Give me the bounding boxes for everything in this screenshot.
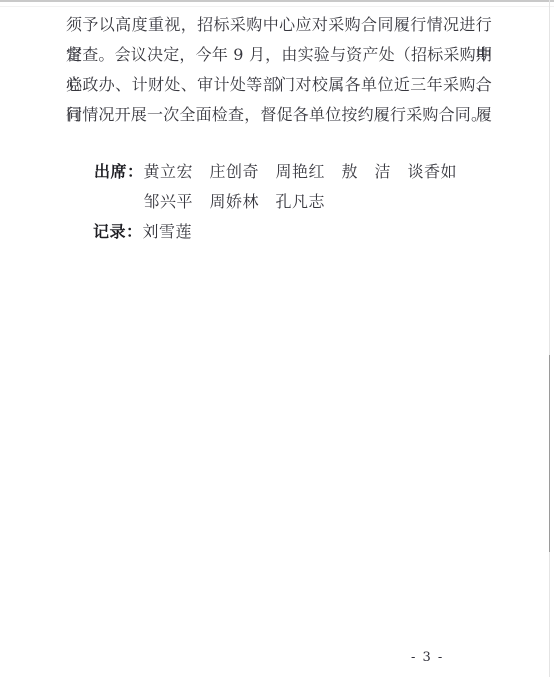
recorder-name: 刘雪莲	[143, 217, 492, 247]
paragraph-line-4: 行情况开展一次全面检查，督促各单位按约履行采购合同。	[66, 100, 492, 130]
recorder-names: 刘雪莲	[143, 217, 492, 247]
body-paragraph: 须予以高度重视，招标采购中心应对采购合同履行情况进行定期 督查。会议决定，今年 …	[66, 10, 492, 130]
scan-edge-right	[549, 0, 550, 677]
paragraph-line-3: 党政办、计财处、审计处等部门对校属各单位近三年采购合同履	[66, 70, 492, 100]
attendance-names-row-1: 黄立宏 庄创奇 周艳红 敖 洁 谈香如	[144, 157, 492, 187]
attendance-block: 出席： 黄立宏 庄创奇 周艳红 敖 洁 谈香如 邹兴平 周娇林 孔凡志	[94, 157, 492, 217]
paragraph-line-2: 督查。会议决定，今年 9 月，由实验与资产处（招标采购中心）、	[66, 40, 492, 70]
paragraph-line-1: 须予以高度重视，招标采购中心应对采购合同履行情况进行定期	[66, 10, 492, 40]
page-number: - 3 -	[411, 650, 444, 665]
document-content: 须予以高度重视，招标采购中心应对采购合同履行情况进行定期 督查。会议决定，今年 …	[66, 10, 492, 247]
scan-edge-top-faint	[0, 6, 554, 7]
recorder-block: 记录： 刘雪莲	[93, 217, 492, 247]
recorder-label: 记录：	[93, 217, 143, 247]
attendance-names-row-2: 邹兴平 周娇林 孔凡志	[144, 187, 492, 217]
scan-edge-right-dark	[549, 355, 550, 552]
attendance-names: 黄立宏 庄创奇 周艳红 敖 洁 谈香如 邹兴平 周娇林 孔凡志	[144, 157, 492, 217]
scanned-document-page: 须予以高度重视，招标采购中心应对采购合同履行情况进行定期 督查。会议决定，今年 …	[0, 0, 554, 677]
attendance-label: 出席：	[94, 157, 144, 187]
scan-edge-top	[0, 0, 554, 2]
